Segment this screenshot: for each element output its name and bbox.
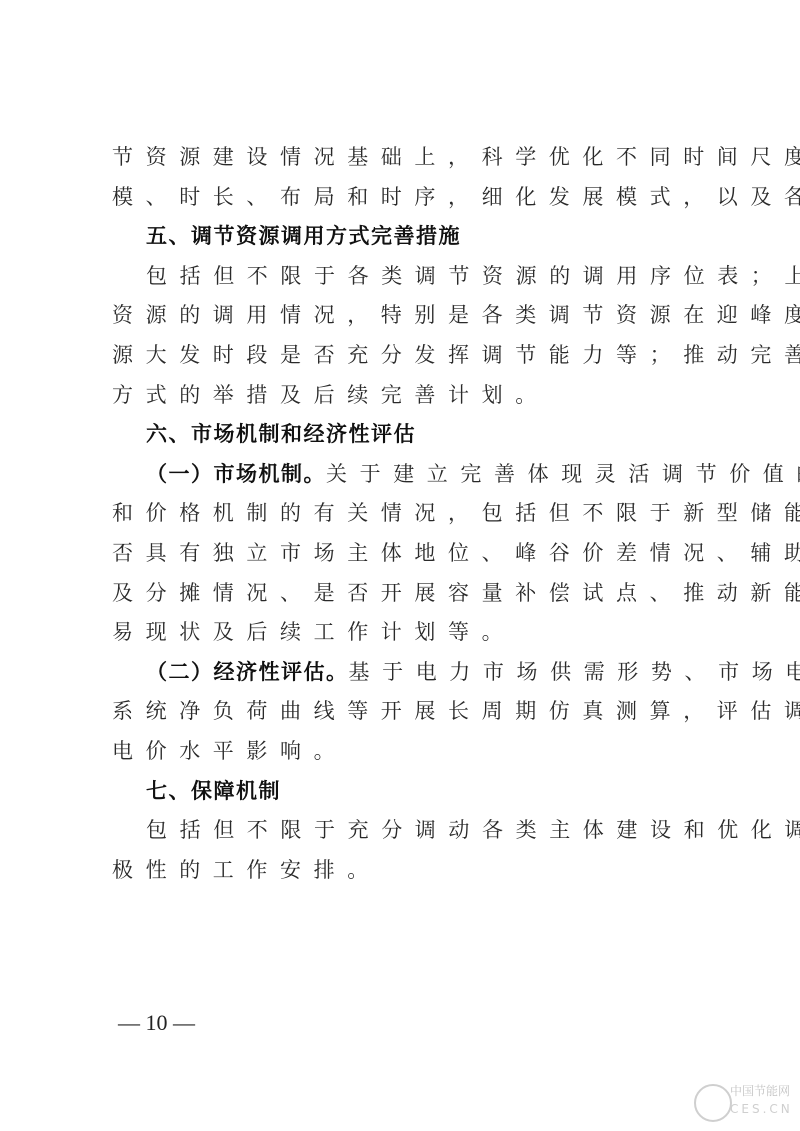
text-line: 包括但不限于各类调节资源的调用序位表；上一年度各类调节 <box>112 257 692 297</box>
text-span: 基于电力市场供需形势、市场电价水平、 <box>349 660 800 684</box>
section-heading-7: 七、保障机制 <box>112 772 692 812</box>
text-line: 否具有独立市场主体地位、峰谷价差情况、辅助服务市场总体费用 <box>112 534 692 574</box>
text-line: 资源的调用情况，特别是各类调节资源在迎峰度夏、度冬以及新能 <box>112 296 692 336</box>
text-line: 节资源建设情况基础上，科学优化不同时间尺度新型储能建设规 <box>112 138 692 178</box>
text-span: 关于建立完善体现灵活调节价值的市场体系 <box>326 462 800 486</box>
ces-logo-icon <box>694 1084 732 1122</box>
subsection-lead: （二）经济性评估。 <box>146 660 349 684</box>
text-line: 极性的工作安排。 <box>112 851 692 891</box>
subsection-lead: （一）市场机制。 <box>146 462 326 486</box>
page-number: — 10 — <box>118 1010 195 1036</box>
text-line: 系统净负荷曲线等开展长周期仿真测算，评估调节能力经济性和对 <box>112 692 692 732</box>
paragraph-economic-evaluation: （二）经济性评估。基于电力市场供需形势、市场电价水平、 系统净负荷曲线等开展长周… <box>112 653 692 772</box>
paragraph-intro: 节资源建设情况基础上，科学优化不同时间尺度新型储能建设规 模、时长、布局和时序，… <box>112 138 692 217</box>
watermark-en: CES.CN <box>730 1102 793 1116</box>
text-line: 易现状及后续工作计划等。 <box>112 613 692 653</box>
text-line: （一）市场机制。关于建立完善体现灵活调节价值的市场体系 <box>112 455 692 495</box>
section-heading-6: 六、市场机制和经济性评估 <box>112 415 692 455</box>
paragraph-section-7: 包括但不限于充分调动各类主体建设和优化调用调节能力积 极性的工作安排。 <box>112 811 692 890</box>
text-line: （二）经济性评估。基于电力市场供需形势、市场电价水平、 <box>112 653 692 693</box>
paragraph-section-5: 包括但不限于各类调节资源的调用序位表；上一年度各类调节 资源的调用情况，特别是各… <box>112 257 692 415</box>
watermark-cn: 中国节能网 <box>730 1082 790 1099</box>
text-line: 包括但不限于充分调动各类主体建设和优化调用调节能力积 <box>112 811 692 851</box>
text-line: 和价格机制的有关情况，包括但不限于新型储能及各类调节资源是 <box>112 494 692 534</box>
document-body: 节资源建设情况基础上，科学优化不同时间尺度新型储能建设规 模、时长、布局和时序，… <box>112 138 692 890</box>
text-line: 及分摊情况、是否开展容量补偿试点、推动新能源参与电力市场交 <box>112 574 692 614</box>
paragraph-market-mechanism: （一）市场机制。关于建立完善体现灵活调节价值的市场体系 和价格机制的有关情况，包… <box>112 455 692 653</box>
text-line: 方式的举措及后续完善计划。 <box>112 376 692 416</box>
text-line: 源大发时段是否充分发挥调节能力等；推动完善各类调节资源调用 <box>112 336 692 376</box>
text-line: 电价水平影响。 <box>112 732 692 772</box>
watermark: 中国节能网 CES.CN <box>690 1078 800 1126</box>
section-heading-5: 五、调节资源调用方式完善措施 <box>112 217 692 257</box>
text-line: 模、时长、布局和时序，细化发展模式，以及各类技术类型。 <box>112 178 692 218</box>
